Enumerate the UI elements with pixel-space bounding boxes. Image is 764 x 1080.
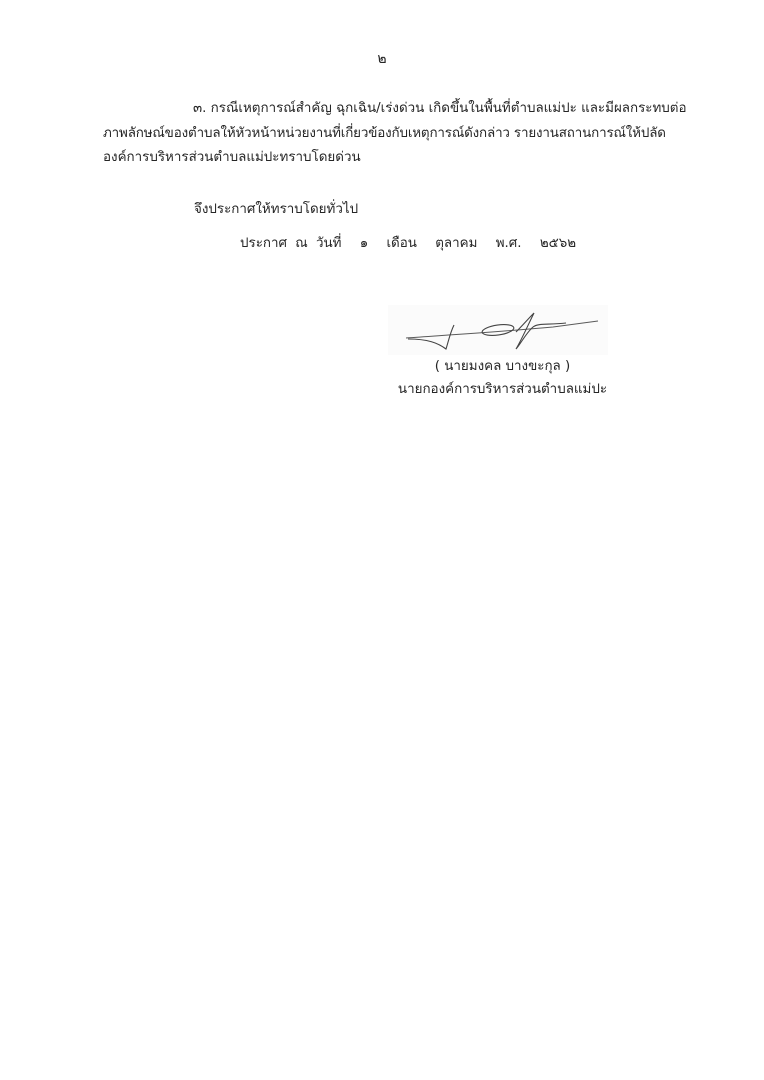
date-month-label: เดือน (386, 236, 416, 251)
date-month: ตุลาคม (435, 236, 477, 251)
signer-title: นายกองค์การบริหารส่วนตำบลแม่ปะ (380, 380, 625, 400)
date-prefix: ประกาศ ณ วันที่ (240, 236, 341, 251)
signer-name: ( นายมงคล บางขะกุล ) (380, 357, 625, 377)
page-number: ๒ (0, 49, 764, 69)
paragraph-line-3: องค์การบริหารส่วนตำบลแม่ปะทราบโดยด่วน (103, 148, 361, 168)
date-year-label: พ.ศ. (496, 236, 522, 251)
announcement-text: จึงประกาศให้ทราบโดยทั่วไป (194, 200, 358, 220)
date-day: ๑ (360, 236, 369, 251)
signature-icon (388, 305, 608, 355)
date-year: ๒๕๖๒ (540, 236, 576, 251)
paragraph-line-2: ภาพลักษณ์ของตำบลให้หัวหน้าหน่วยงานที่เกี… (103, 124, 666, 144)
announcement-date: ประกาศ ณ วันที่ ๑ เดือน ตุลาคม พ.ศ. ๒๕๖๒ (240, 234, 586, 254)
paragraph-line-1: ๓. กรณีเหตุการณ์สำคัญ ฉุกเฉิน/เร่งด่วน เ… (193, 99, 687, 119)
